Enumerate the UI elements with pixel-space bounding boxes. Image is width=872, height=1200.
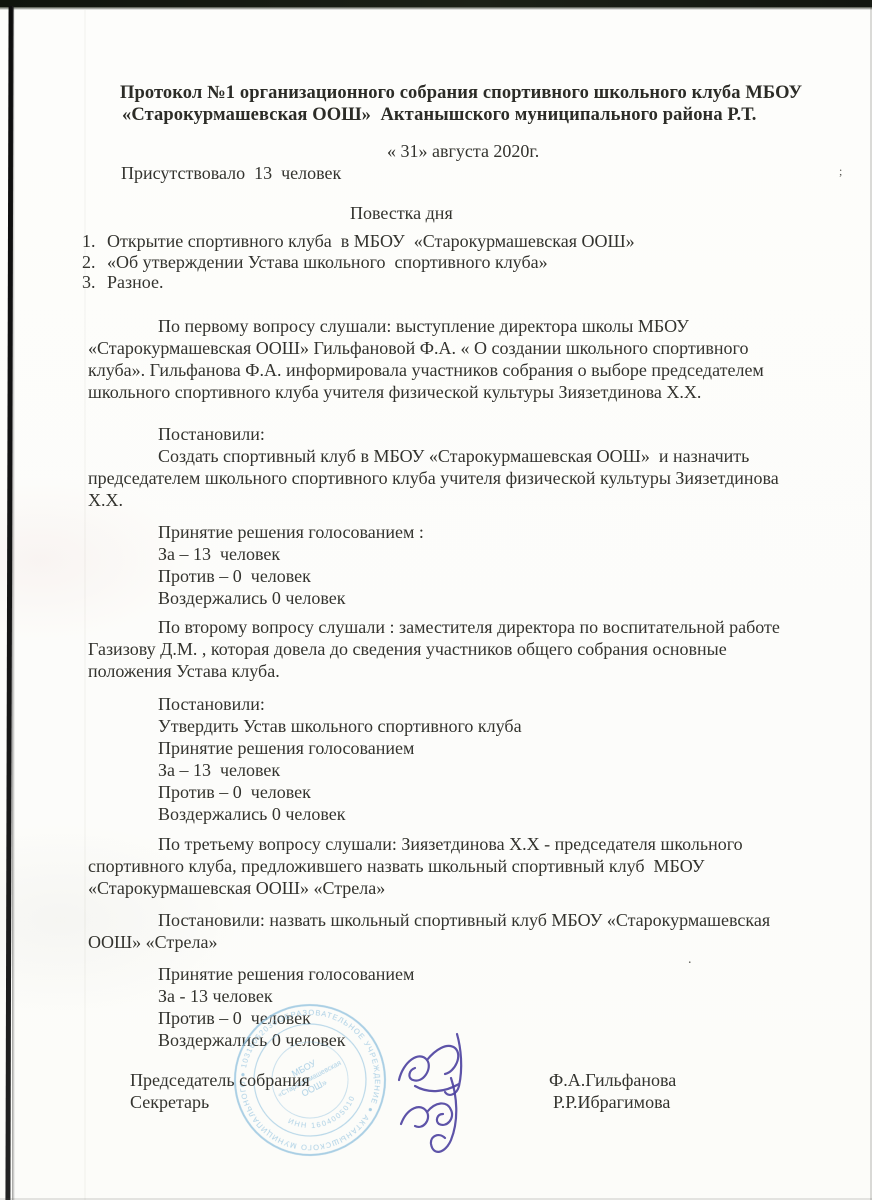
agenda-item-2: 2. «Об утверждении Устава школьного спор… [82, 252, 862, 273]
vote3-heading: Принятие решения голосованием [158, 963, 414, 985]
vote1-abstain: Воздержались 0 человек [158, 587, 424, 609]
question1-vote-block: Принятие решения голосованием : За – 13 … [158, 521, 424, 609]
vote1-against: Против – 0 человек [158, 565, 424, 587]
scan-edge-left-fade [12, 6, 15, 1200]
vote2-against: Против – 0 человек [158, 781, 522, 803]
question3-resolution-text: Постановили: назвать школьный спортивный… [88, 909, 860, 953]
vote2-for: За – 13 человек [158, 759, 522, 781]
question1-resolution-label: Постановили: [158, 423, 265, 445]
scan-edge-top-fade [0, 7, 872, 10]
agenda-item-1-text: Открытие спортивного клуба в МБОУ «Старо… [107, 231, 635, 252]
scanned-page: Протокол №1 организационного собрания сп… [0, 0, 872, 1200]
question1-resolution-text: Создать спортивный клуб в МБОУ «Старокур… [88, 445, 860, 511]
agenda-item-1: 1. Открытие спортивного клуба в МБОУ «Ст… [82, 231, 862, 252]
agenda-item-3-text: Разное. [107, 272, 163, 293]
scan-crease [84, 10, 86, 1200]
vote1-for: За – 13 человек [158, 543, 424, 565]
question1-paragraph: По первому вопросу слушали: выступление … [88, 315, 860, 403]
agenda-heading: Повестка дня [350, 202, 453, 224]
agenda-item-1-number: 1. [82, 231, 107, 252]
document-title-line1: Протокол №1 организационного собрания сп… [120, 82, 830, 104]
chair-signature-ink [399, 1034, 461, 1095]
agenda-item-3: 3. Разное. [82, 272, 862, 293]
vote2-heading: Принятие решения голосованием [158, 737, 522, 759]
agenda-item-2-number: 2. [82, 252, 107, 273]
chair-name: Ф.А.Гильфанова [549, 1069, 676, 1091]
question2-resolution-text: Утвердить Устав школьного спортивного кл… [158, 715, 522, 737]
attendance-line: Присутствовало 13 человек [121, 162, 341, 184]
vote1-heading: Принятие решения голосованием : [158, 521, 424, 543]
question2-resolution-block: Постановили: Утвердить Устав школьного с… [158, 693, 522, 825]
chair-label: Председатель собрания [130, 1069, 310, 1091]
question2-resolution-label: Постановили: [158, 693, 522, 715]
scan-edge-top [0, 0, 872, 7]
vote2-abstain: Воздержались 0 человек [158, 803, 522, 825]
secretary-label: Секретарь [130, 1091, 209, 1113]
handwritten-signatures [385, 1028, 515, 1173]
agenda-list: 1. Открытие спортивного клуба в МБОУ «Ст… [82, 231, 862, 293]
document-title-line2: «Старокурмашевская ООШ» Актанышского мун… [122, 104, 832, 126]
question2-paragraph: По второму вопросу слушали : заместителя… [88, 616, 860, 682]
secretary-name: Р.Р.Ибрагимова [553, 1091, 670, 1113]
scan-artifact-mark: ; [839, 164, 842, 179]
scan-artifact-dot: . [688, 952, 692, 968]
agenda-item-3-number: 3. [82, 272, 107, 293]
question3-paragraph: По третьему вопросу слушали: Зиязетдинов… [88, 833, 860, 899]
date-line: « 31» августа 2020г. [387, 140, 539, 162]
agenda-item-2-text: «Об утверждении Устава школьного спортив… [107, 252, 548, 273]
